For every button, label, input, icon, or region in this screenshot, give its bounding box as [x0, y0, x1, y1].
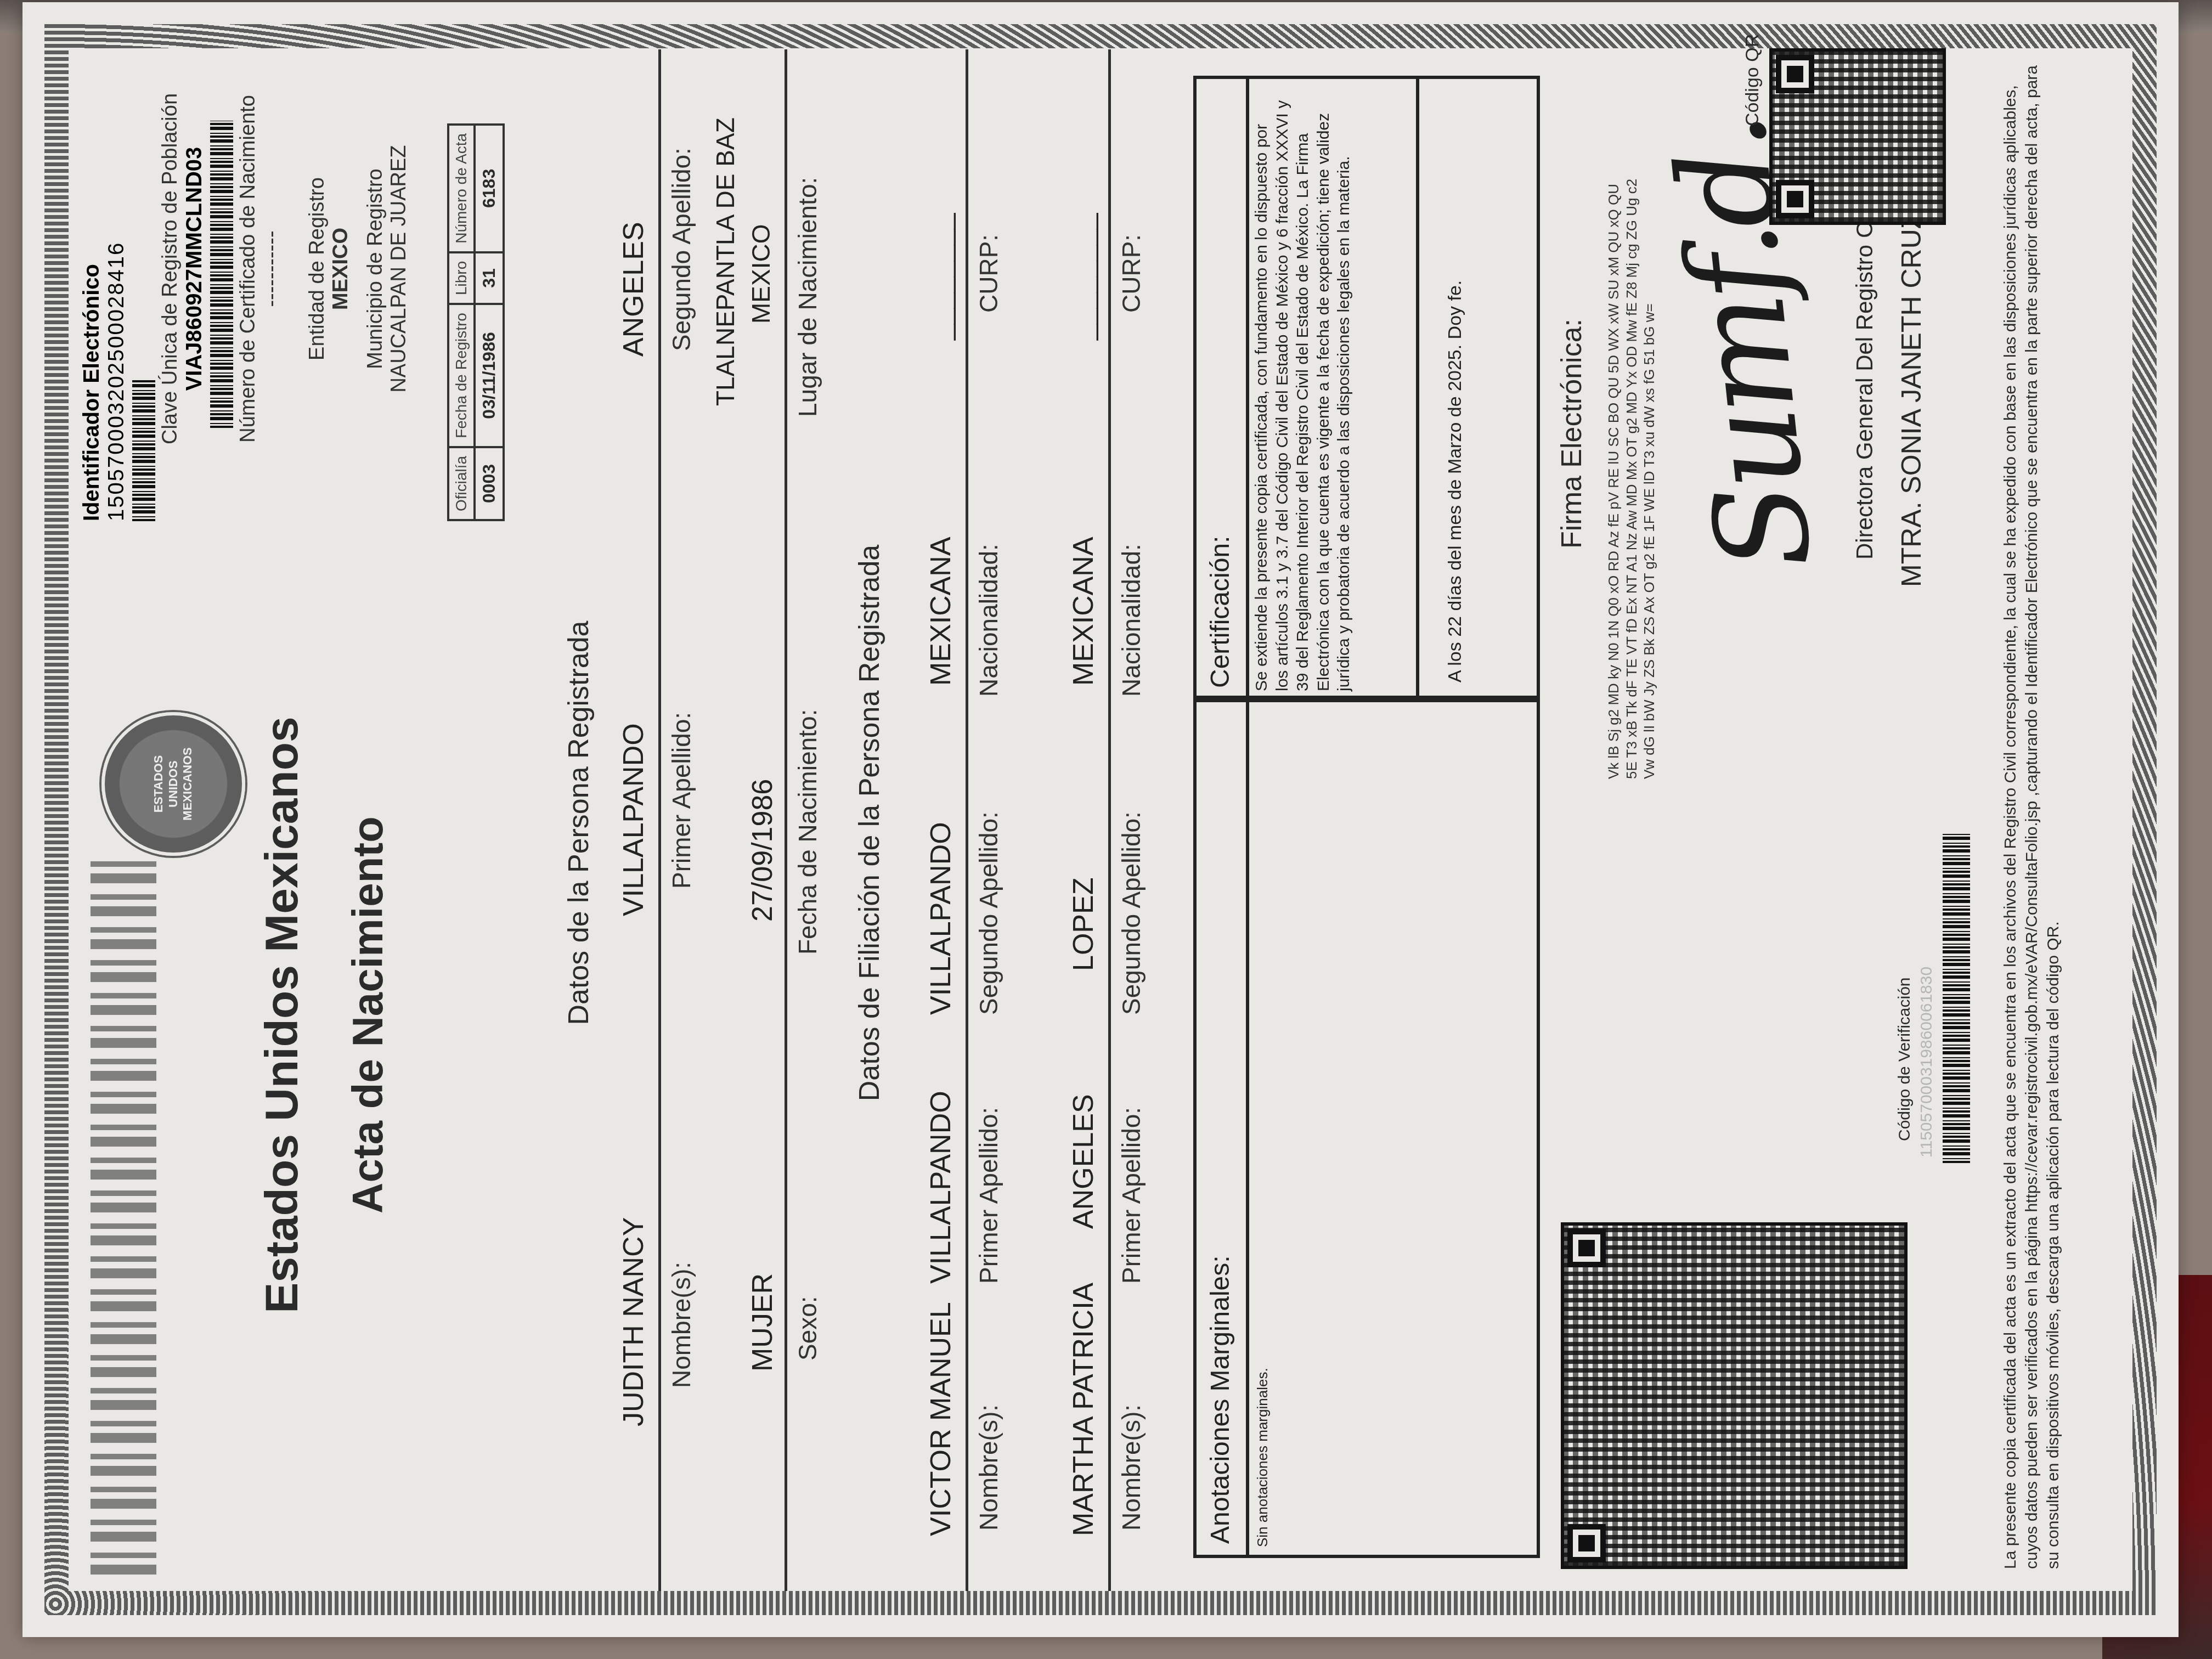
value-fecha-registro: 03/11/1986 [475, 304, 504, 447]
lugar-nacimiento-entidad: MEXICO [746, 224, 776, 324]
divider [658, 49, 661, 1591]
country-title: Estados Unidos Mexicanos [255, 603, 308, 1426]
parent-2-primer-apellido: ANGELES [1067, 1094, 1100, 1229]
parent-1-curp-label: CURP: [974, 234, 1003, 313]
lugar-nacimiento-label: Lugar de Nacimiento: [793, 177, 822, 417]
header-numero-acta: Número de Acta [448, 125, 475, 252]
electronic-signature-title: Firma Electrónica: [1555, 319, 1588, 549]
curp-label: Clave Única de Registro de Población [159, 16, 182, 521]
parent-1-primer-apellido: VILLALPANDO [924, 1091, 957, 1284]
header-fecha-registro: Fecha de Registro [448, 304, 475, 447]
parent-1-nacionalidad-label: Nacionalidad: [974, 544, 1003, 697]
sexo-value: MUJER [746, 1273, 779, 1372]
filiation-heading: Datos de Filiación de la Persona Registr… [853, 55, 886, 1591]
hash-line: 5E T3 xB Tk dF TE VT fD Ex NT A1 Nz Aw M… [1623, 179, 1641, 779]
document-title: Acta de Nacimiento [343, 603, 393, 1426]
divider [1108, 49, 1111, 1591]
certification-title: Certificación: [1205, 536, 1235, 688]
parent-1-nombres-label: Nombre(s): [974, 1404, 1003, 1531]
annotations-box: Anotaciones Marginales: Sin anotaciones … [1193, 696, 1540, 1558]
qr-label: Código QR [1742, 34, 1763, 126]
segundo-apellido-value: ANGELES [617, 222, 650, 357]
segundo-apellido-label: Segundo Apellido: [667, 148, 696, 351]
parent-1-segundo-apellido-label: Segundo Apellido: [974, 811, 1003, 1015]
qr-code-icon [1769, 48, 1946, 225]
document-body: ESTADOS UNIDOS MEXICANOS Estados Unidos … [69, 48, 2132, 1591]
divider [785, 49, 787, 1591]
parent-2-nacionalidad-label: Nacionalidad: [1116, 544, 1146, 697]
seal-text: ESTADOS UNIDOS MEXICANOS [151, 735, 195, 833]
qr-code-icon [1561, 1222, 1908, 1569]
parent-2-curp: ________ [1067, 213, 1100, 340]
curp-value: VIAJ860927MMCLND03 [182, 16, 207, 521]
parent-1-nombres: VICTOR MANUEL [924, 1302, 957, 1536]
parent-2-segundo-apellido-label: Segundo Apellido: [1116, 811, 1146, 1015]
registry-municipality-value: NAUCALPAN DE JUAREZ [387, 16, 411, 521]
sexo-label: Sexo: [793, 1296, 822, 1361]
parent-1-primer-apellido-label: Primer Apellido: [974, 1107, 1003, 1284]
birth-certificate-page: ESTADOS UNIDOS MEXICANOS Estados Unidos … [22, 2, 2179, 1637]
fecha-nacimiento-value: 27/09/1986 [746, 779, 779, 922]
verification-label: Código de Verificación [1895, 977, 1914, 1141]
lugar-nacimiento-municipio: TLALNEPANTLA DE BAZ [710, 117, 740, 406]
electronic-signature-hash: Vk lB Sj g2 MD ky N0 1N Q0 xO RD Az fE p… [1605, 179, 1658, 779]
verification-value: 115057000319860061830 [1917, 967, 1936, 1158]
electronic-id-label: Identificador Electrónico [80, 16, 104, 521]
hash-line: Vw dG lI bW Jy ZS Bk ZS Ax OT g2 fE 1F W… [1640, 179, 1658, 779]
certification-box: Certificación: Se extiende la presente c… [1193, 76, 1540, 702]
value-libro: 31 [475, 252, 504, 304]
parent-1-nacionalidad: MEXICANA [924, 537, 957, 686]
primer-apellido-label: Primer Apellido: [667, 712, 696, 889]
fretwork-ornament-icon [91, 861, 156, 1575]
annotations-text: Sin anotaciones marginales. [1254, 1368, 1272, 1547]
nombres-label: Nombre(s): [667, 1262, 696, 1388]
header-libro: Libro [448, 252, 475, 304]
parent-2-nacionalidad: MEXICANA [1067, 537, 1100, 686]
parent-2-nombres-label: Nombre(s): [1116, 1404, 1146, 1531]
signer-title: Directora General Del Registro Civil [1852, 195, 1878, 560]
fecha-nacimiento-label: Fecha de Nacimiento: [793, 709, 822, 955]
barcode-icon [210, 121, 233, 428]
divider [966, 49, 968, 1591]
parent-2-segundo-apellido: LOPEZ [1067, 878, 1100, 972]
header-oficialia: Oficialía [448, 447, 475, 520]
parent-1-segundo-apellido: VILLALPANDO [924, 822, 957, 1015]
identifiers-block: Identificador Electrónico 15057000320250… [80, 16, 411, 521]
barcode-icon [132, 379, 155, 521]
value-numero-acta: 6183 [475, 125, 504, 252]
certification-text: Se extiende la presente copia certificad… [1251, 99, 1355, 691]
registered-person-heading: Datos de la Persona Registrada [562, 55, 595, 1591]
hash-line: Vk lB Sj g2 MD ky N0 1N Q0 xO RD Az fE p… [1605, 179, 1623, 779]
divider [1416, 79, 1419, 699]
barcode-icon [1943, 834, 1970, 1163]
coat-of-arms-icon: ESTADOS UNIDOS MEXICANOS [101, 712, 245, 856]
annotations-title: Anotaciones Marginales: [1205, 1255, 1235, 1544]
registry-municipality-label: Municipio de Registro [364, 16, 387, 521]
value-oficialia: 0003 [475, 447, 504, 520]
parent-2-nombres: MARTHA PATRICIA [1067, 1283, 1100, 1536]
nombres-value: JUDITH NANCY [617, 1217, 650, 1426]
parent-2-curp-label: CURP: [1116, 234, 1146, 313]
footer-legal-text: La presente copia certificada del acta e… [2000, 55, 2064, 1569]
birth-certificate-number-label: Número de Certificado de Nacimiento [236, 16, 260, 521]
parent-1-curp: ________ [924, 213, 957, 340]
registry-entity-value: MEXICO [329, 16, 353, 521]
primer-apellido-value: VILLALPANDO [617, 723, 650, 916]
registry-table: Oficialía Fecha de Registro Libro Número… [447, 123, 505, 521]
certification-date: A los 22 días del mes de Marzo de 2025. … [1443, 280, 1467, 682]
birth-certificate-number-value: ----------- [260, 16, 284, 521]
parent-2-primer-apellido-label: Primer Apellido: [1116, 1107, 1146, 1284]
registry-entity-label: Entidad de Registro [306, 16, 329, 521]
electronic-id-value: 150570003202500028416 [104, 16, 129, 521]
